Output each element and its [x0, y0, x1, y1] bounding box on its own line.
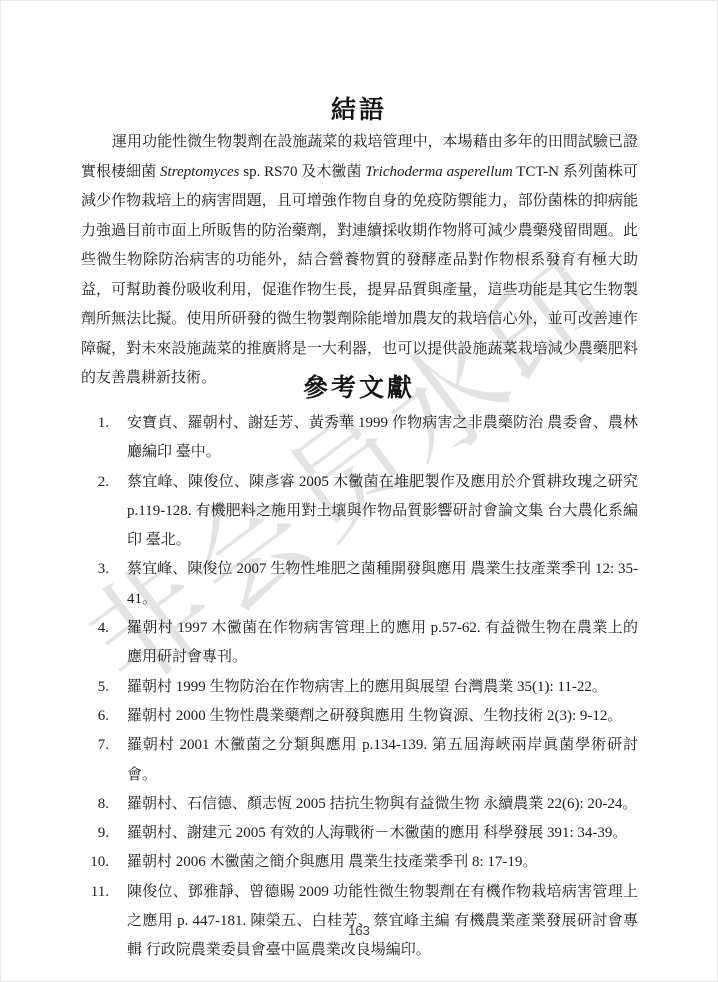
reference-item: 4.羅朝村 1997 木黴菌在作物病害管理上的應用 p.57-62. 有益微生物… — [81, 614, 638, 673]
reference-number: 8. — [81, 790, 127, 819]
conclusion-heading: 結語 — [0, 90, 718, 126]
reference-item: 10.羅朝村 2006 木黴菌之簡介與應用 農業生技產業季刊 8: 17-19。 — [81, 848, 638, 877]
reference-text: 蔡宜峰、陳俊位、陳彥睿 2005 木黴菌在堆肥製作及應用於介質耕玫瑰之研究 p.… — [127, 468, 638, 556]
species-name-italic: Trichoderma asperellum — [365, 164, 512, 180]
reference-number: 3. — [81, 555, 127, 614]
reference-number: 9. — [81, 819, 127, 848]
conclusion-paragraph: 運用功能性微生物製劑在設施蔬菜的栽培管理中，本場藉由多年的田間試驗已證實根棲細菌… — [81, 128, 638, 394]
reference-number: 7. — [81, 731, 127, 790]
reference-text: 羅朝村、石信德、顏志恆 2005 拮抗生物與有益微生物 永續農業 22(6): … — [127, 790, 638, 819]
reference-number: 4. — [81, 614, 127, 673]
document-page: 非会员水印 結語 運用功能性微生物製劑在設施蔬菜的栽培管理中，本場藉由多年的田間… — [0, 0, 718, 982]
paragraph-segment: sp. RS70 及木黴菌 — [239, 164, 365, 180]
page-number: 163 — [0, 923, 718, 938]
reference-item: 3.蔡宜峰、陳俊位 2007 生物性堆肥之菌種開發與應用 農業生技產業季刊 12… — [81, 555, 638, 614]
reference-item: 1.安寶貞、羅朝村、謝廷芳、黃秀華 1999 作物病害之非農藥防治 農委會、農林… — [81, 409, 638, 468]
reference-text: 羅朝村 1997 木黴菌在作物病害管理上的應用 p.57-62. 有益微生物在農… — [127, 614, 638, 673]
references-list: 1.安寶貞、羅朝村、謝廷芳、黃秀華 1999 作物病害之非農藥防治 農委會、農林… — [81, 409, 638, 966]
reference-number: 2. — [81, 468, 127, 556]
paragraph-segment: TCT-N 系列菌株可減少作物栽培上的病害問題，且可增強作物自身的免疫防禦能力，… — [81, 164, 638, 387]
reference-text: 羅朝村 2001 木黴菌之分類與應用 p.134-139. 第五屆海峽兩岸眞菌學… — [127, 731, 638, 790]
reference-number: 11. — [81, 878, 127, 966]
reference-number: 5. — [81, 673, 127, 702]
reference-item: 8.羅朝村、石信德、顏志恆 2005 拮抗生物與有益微生物 永續農業 22(6)… — [81, 790, 638, 819]
references-heading: 參考文獻 — [0, 368, 718, 404]
reference-text: 蔡宜峰、陳俊位 2007 生物性堆肥之菌種開發與應用 農業生技產業季刊 12: … — [127, 555, 638, 614]
reference-text: 羅朝村、謝建元 2005 有效的人海戰術－木黴菌的應用 科學發展 391: 34… — [127, 819, 638, 848]
reference-number: 6. — [81, 702, 127, 731]
reference-text: 羅朝村 2000 生物性農業藥劑之研發與應用 生物資源、生物技術 2(3): 9… — [127, 702, 638, 731]
reference-item: 2.蔡宜峰、陳俊位、陳彥睿 2005 木黴菌在堆肥製作及應用於介質耕玫瑰之研究 … — [81, 468, 638, 556]
species-name-italic: Streptomyces — [160, 164, 239, 180]
reference-text: 陳俊位、鄧雅靜、曾德賜 2009 功能性微生物製劑在有機作物栽培病害管理上之應用… — [127, 878, 638, 966]
reference-text: 羅朝村 2006 木黴菌之簡介與應用 農業生技產業季刊 8: 17-19。 — [127, 848, 638, 877]
reference-item: 11.陳俊位、鄧雅靜、曾德賜 2009 功能性微生物製劑在有機作物栽培病害管理上… — [81, 878, 638, 966]
reference-number: 10. — [81, 848, 127, 877]
reference-item: 5.羅朝村 1999 生物防治在作物病害上的應用與展望 台灣農業 35(1): … — [81, 673, 638, 702]
reference-text: 安寶貞、羅朝村、謝廷芳、黃秀華 1999 作物病害之非農藥防治 農委會、農林廳編… — [127, 409, 638, 468]
reference-item: 7.羅朝村 2001 木黴菌之分類與應用 p.134-139. 第五屆海峽兩岸眞… — [81, 731, 638, 790]
reference-item: 6.羅朝村 2000 生物性農業藥劑之研發與應用 生物資源、生物技術 2(3):… — [81, 702, 638, 731]
reference-text: 羅朝村 1999 生物防治在作物病害上的應用與展望 台灣農業 35(1): 11… — [127, 673, 638, 702]
reference-item: 9.羅朝村、謝建元 2005 有效的人海戰術－木黴菌的應用 科學發展 391: … — [81, 819, 638, 848]
reference-number: 1. — [81, 409, 127, 468]
